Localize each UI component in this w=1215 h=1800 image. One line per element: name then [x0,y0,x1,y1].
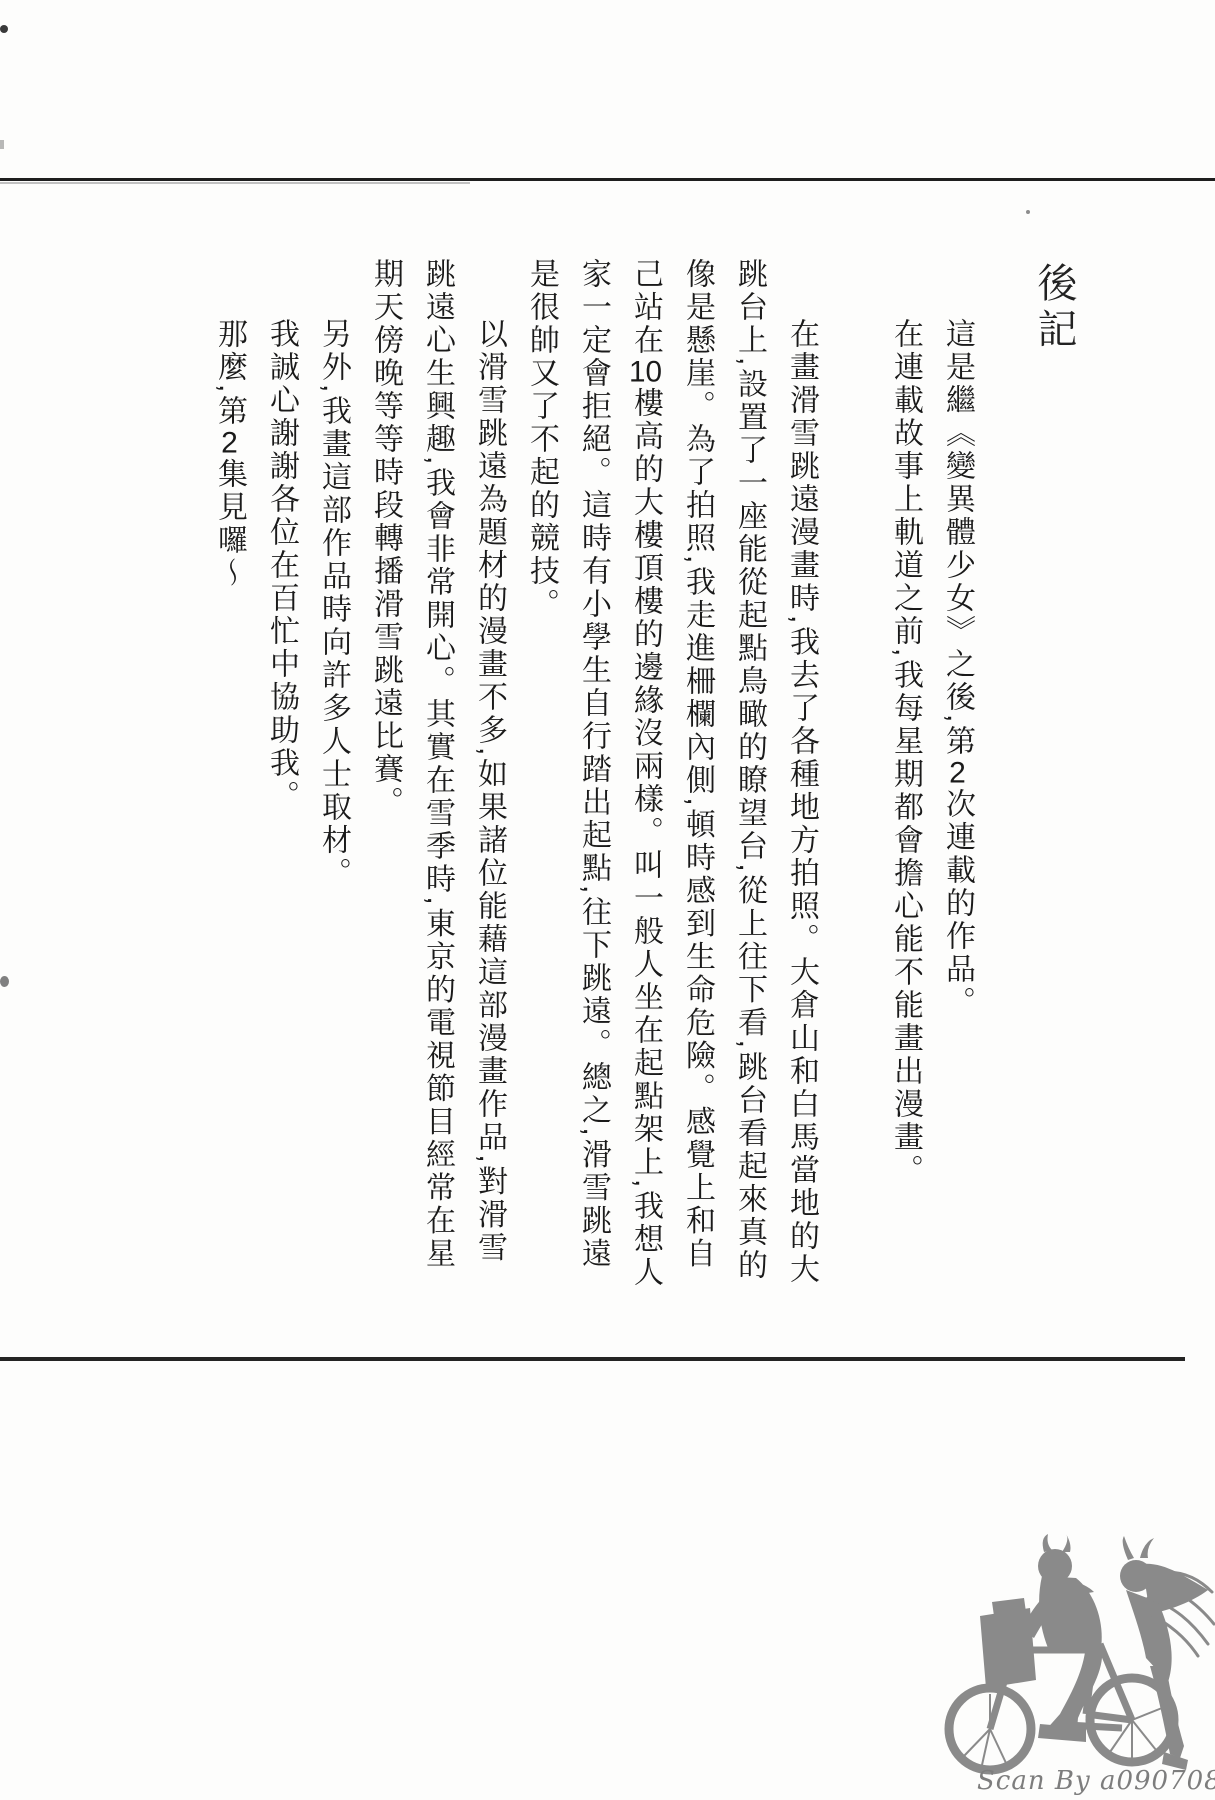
scan-artifact-dot [0,25,8,33]
page-title: 後記 [1026,262,1083,354]
afterword-body: 這是繼《變異體少女》之後,第2次連載的作品。 在連載故事上軌道之前,我每星期都會… [203,258,983,1290]
afterword-paragraph: 我誠心謝謝各位在百忙中協助我。 [255,258,307,1290]
afterword-paragraph: 另外,我畫這部作品時向許多人士取材。 [307,258,359,1290]
afterword-paragraph: 以滑雪跳遠為題材的漫畫不多,如果諸位能藉這部漫畫作品,對滑雪跳遠心生興趣,我會非… [359,258,515,1290]
scanned-manga-afterword-page: 後記 這是繼《變異體少女》之後,第2次連載的作品。 在連載故事上軌道之前,我每星… [0,0,1215,1800]
afterword-paragraph: 那麼,第2集見囉～ [203,258,255,1290]
scan-artifact-speck [1026,210,1030,214]
bottom-rule [0,1357,1185,1361]
afterword-paragraph: 在連載故事上軌道之前,我每星期都會擔心能不能畫出漫畫。 [879,258,931,1290]
scan-artifact-smudge [0,976,9,987]
top-rule [0,178,1215,181]
afterword-paragraph: 在畫滑雪跳遠漫畫時,我去了各種地方拍照。大倉山和白馬當地的大跳台上,設置了一座能… [515,258,827,1290]
scan-artifact-edge-mark [0,140,4,149]
afterword-paragraph: 這是繼《變異體少女》之後,第2次連載的作品。 [931,258,983,1290]
scan-watermark: Scan By a09070811 [977,1766,1215,1796]
bicycle-couple-silhouette-illustration [936,1532,1215,1780]
